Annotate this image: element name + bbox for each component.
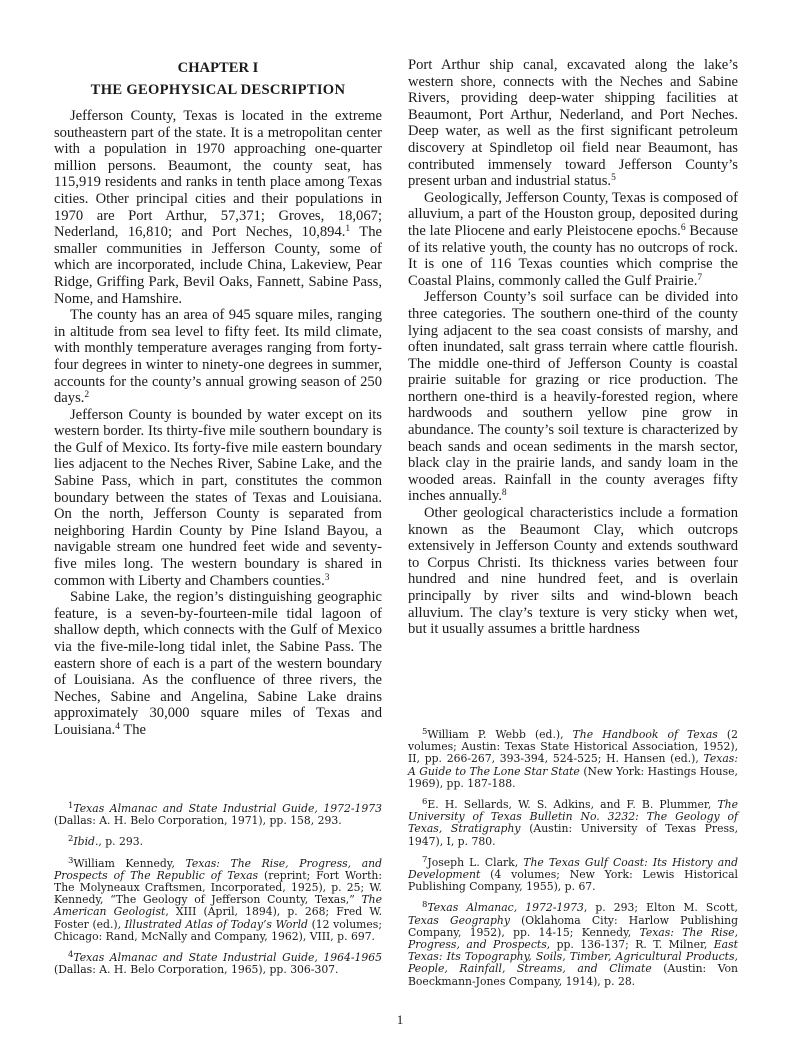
footnote-4: 4Texas Almanac and State Industrial Guid… (54, 952, 382, 976)
paragraph: The county has an area of 945 square mil… (54, 307, 382, 407)
footnote-3: 3William Kennedy, Texas: The Rise, Progr… (54, 858, 382, 943)
right-body-text: Port Arthur ship canal, excavated along … (408, 57, 738, 638)
right-footnotes: 5William P. Webb (ed.), The Handbook of … (408, 729, 738, 997)
footnote-ref[interactable]: 8 (502, 488, 507, 498)
footnote-2: 2Ibid., p. 293. (54, 836, 382, 848)
footnote-ref[interactable]: 2 (84, 390, 89, 400)
paragraph: Jefferson County is bounded by water exc… (54, 407, 382, 590)
paragraph: Geologically, Jefferson County, Texas is… (408, 190, 738, 290)
footnote-ref[interactable]: 7 (697, 273, 702, 283)
footnote-8: 8Texas Almanac, 1972-1973, p. 293; Elton… (408, 902, 738, 987)
paragraph: Sabine Lake, the region’s distinguishing… (54, 589, 382, 738)
footnote-ref[interactable]: 5 (611, 173, 616, 183)
document-page: CHAPTER I THE GEOPHYSICAL DESCRIPTION Je… (0, 0, 800, 1050)
left-footnotes: 1Texas Almanac and State Industrial Guid… (54, 803, 382, 985)
paragraph: Other geological characteristics include… (408, 505, 738, 638)
chapter-title: THE GEOPHYSICAL DESCRIPTION (54, 82, 382, 99)
footnote-1: 1Texas Almanac and State Industrial Guid… (54, 803, 382, 827)
footnote-ref[interactable]: 3 (325, 573, 330, 583)
footnote-6: 6E. H. Sellards, W. S. Adkins, and F. B.… (408, 799, 738, 848)
left-body-text: Jefferson County, Texas is located in th… (54, 108, 382, 739)
footnote-5: 5William P. Webb (ed.), The Handbook of … (408, 729, 738, 790)
paragraph: Jefferson County, Texas is located in th… (54, 108, 382, 307)
chapter-number: CHAPTER I (54, 60, 382, 77)
paragraph: Port Arthur ship canal, excavated along … (408, 57, 738, 190)
page-number: 1 (0, 1012, 800, 1028)
footnote-7: 7Joseph L. Clark, The Texas Gulf Coast: … (408, 857, 738, 894)
paragraph: Jefferson County’s soil surface can be d… (408, 289, 738, 505)
